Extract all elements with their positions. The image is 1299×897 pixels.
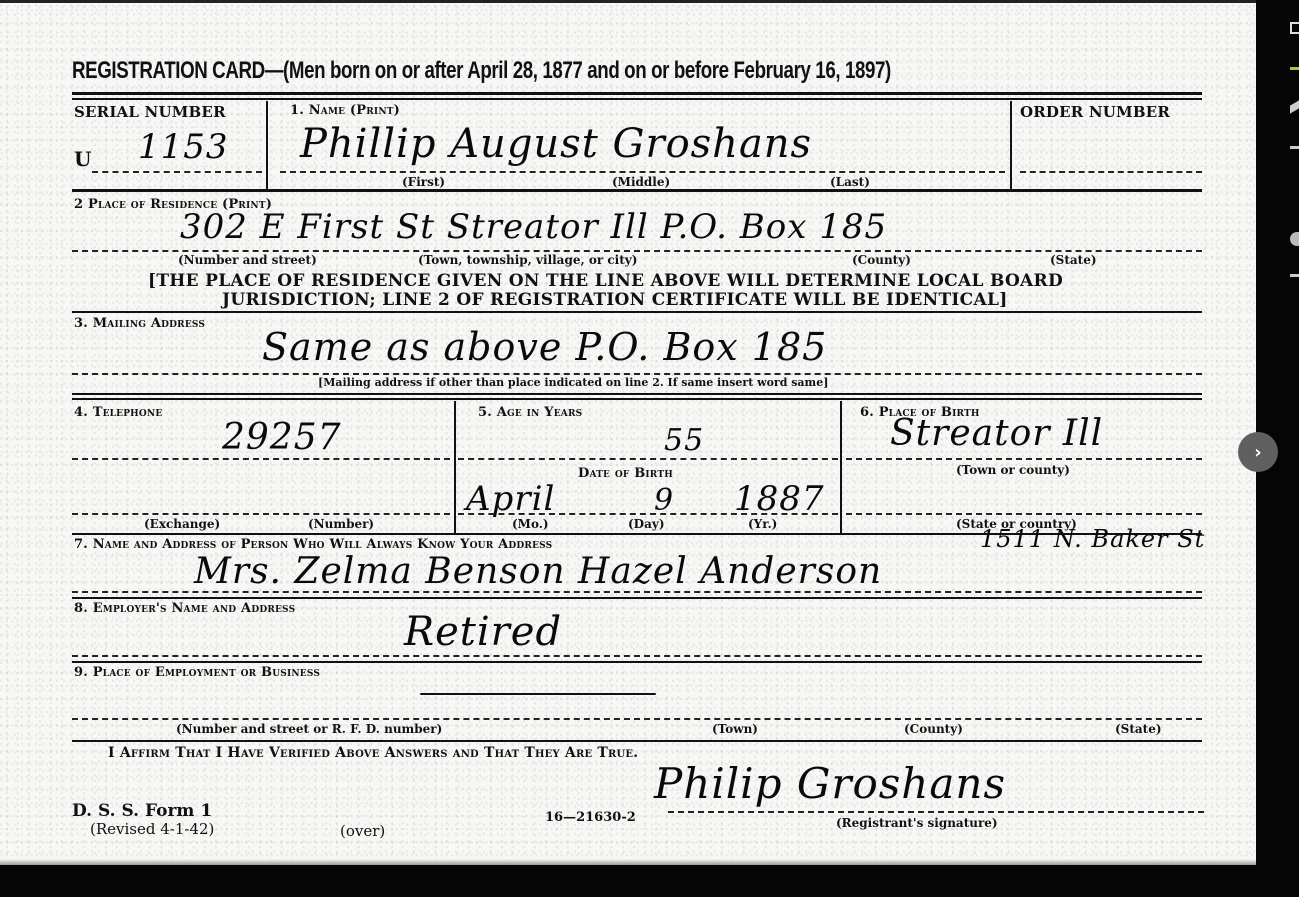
employer-line xyxy=(72,655,1202,657)
employment-sub-state: (State) xyxy=(1115,722,1162,736)
birthplace-town-value: Streator Ill xyxy=(890,413,1103,454)
age-label: 5. Age in Years xyxy=(478,405,582,420)
affirmation-text: I Affirm That I Have Verified Above Answ… xyxy=(108,745,638,761)
form-revised: (Revised 4-1-42) xyxy=(90,820,214,838)
employment-sub-town: (Town) xyxy=(712,722,758,736)
date-of-birth-label: Date of Birth xyxy=(578,466,673,481)
divider xyxy=(72,98,1202,100)
order-number-label: ORDER NUMBER xyxy=(1020,103,1170,121)
employment-place-line xyxy=(72,718,1202,720)
name-sub-middle: (Middle) xyxy=(612,175,670,189)
name-sub-last: (Last) xyxy=(830,175,870,189)
telephone-sub-number: (Number) xyxy=(308,517,374,531)
employer-label: 8. Employer's Name and Address xyxy=(74,601,295,616)
divider xyxy=(1010,101,1012,189)
birthplace-line-2 xyxy=(846,513,1202,515)
document-viewer: REGISTRATION CARD—(Men born on or after … xyxy=(0,0,1299,897)
place-of-employment-label: 9. Place of Employment or Business xyxy=(74,665,320,680)
dob-sub-mo: (Mo.) xyxy=(512,517,549,531)
employment-place-dash-mark xyxy=(420,693,656,695)
serial-number-value: 1153 xyxy=(138,127,229,167)
serial-line xyxy=(92,171,262,173)
dob-sub-day: (Day) xyxy=(628,517,665,531)
age-line xyxy=(458,458,838,460)
mailing-line xyxy=(72,373,1202,375)
divider xyxy=(840,401,842,533)
employer-value: Retired xyxy=(404,609,562,655)
signature-value: Philip Groshans xyxy=(654,759,1006,808)
name-sub-first: (First) xyxy=(402,175,445,189)
dob-line xyxy=(458,513,838,515)
form-number: D. S. S. Form 1 xyxy=(72,801,212,821)
residence-line xyxy=(72,250,1202,252)
telephone-line-2 xyxy=(72,513,450,515)
birthplace-line-1 xyxy=(846,458,1202,460)
divider xyxy=(72,597,1202,599)
order-number-line xyxy=(1020,171,1202,173)
residence-sub-state: (State) xyxy=(1050,253,1097,267)
telephone-value: 29257 xyxy=(222,417,342,458)
residence-sub-county: (County) xyxy=(852,253,911,267)
signature-line xyxy=(668,811,1204,813)
contact-person-value: Mrs. Zelma Benson Hazel Anderson xyxy=(194,551,882,592)
next-page-button[interactable]: › xyxy=(1238,432,1278,472)
serial-prefix: U xyxy=(74,147,91,171)
serial-number-label: SERIAL NUMBER xyxy=(74,103,226,121)
divider xyxy=(72,311,1202,313)
contact-line xyxy=(72,591,1202,593)
residence-sub-street: (Number and street) xyxy=(178,253,317,267)
contact-person-address: 1511 N. Baker St xyxy=(980,525,1205,553)
print-code: 16—21630-2 xyxy=(545,810,636,825)
divider xyxy=(454,401,456,533)
contact-person-label: 7. Name and Address of Person Who Will A… xyxy=(74,537,552,552)
fullscreen-icon[interactable] xyxy=(1290,22,1299,34)
signature-label: (Registrant's signature) xyxy=(836,816,998,830)
divider xyxy=(72,189,1202,192)
residence-sub-town: (Town, township, village, or city) xyxy=(418,253,637,267)
edit-icon[interactable] xyxy=(1290,100,1299,113)
birthplace-sub-town: (Town or county) xyxy=(956,463,1070,477)
employment-sub-county: (County) xyxy=(904,722,963,736)
registration-card-image: REGISTRATION CARD—(Men born on or after … xyxy=(0,0,1256,865)
name-value: Phillip August Groshans xyxy=(300,121,812,167)
residence-value: 302 E First St Streator Ill P.O. Box 185 xyxy=(180,207,887,247)
age-value: 55 xyxy=(664,423,704,458)
mailing-note: [Mailing address if other than place ind… xyxy=(318,376,828,389)
divider xyxy=(266,101,268,189)
residence-notice-line2: JURISDICTION; LINE 2 OF REGISTRATION CER… xyxy=(222,290,1008,310)
zoom-in-icon[interactable] xyxy=(1290,274,1299,277)
zoom-slider-handle-icon[interactable] xyxy=(1290,232,1299,246)
name-line xyxy=(280,171,1005,173)
mailing-address-value: Same as above P.O. Box 185 xyxy=(262,325,827,369)
residence-notice-line1: [THE PLACE OF RESIDENCE GIVEN ON THE LIN… xyxy=(148,271,1063,291)
card-title: REGISTRATION CARD—(Men born on or after … xyxy=(72,57,891,85)
telephone-line-1 xyxy=(72,458,450,460)
divider xyxy=(72,393,1202,395)
marker-icon[interactable] xyxy=(1290,67,1299,70)
employment-sub-street: (Number and street or R. F. D. number) xyxy=(176,722,442,736)
chevron-right-icon: › xyxy=(1254,442,1261,463)
viewer-toolbar xyxy=(1288,18,1299,298)
divider xyxy=(72,92,1202,95)
divider xyxy=(72,398,1202,400)
dob-sub-yr: (Yr.) xyxy=(748,517,777,531)
divider xyxy=(72,661,1202,663)
zoom-out-icon[interactable] xyxy=(1290,146,1299,149)
telephone-sub-exchange: (Exchange) xyxy=(144,517,220,531)
divider xyxy=(72,740,1202,742)
name-label: 1. Name (Print) xyxy=(290,103,400,118)
over-text: (over) xyxy=(340,822,385,840)
telephone-label: 4. Telephone xyxy=(74,405,162,420)
mailing-address-label: 3. Mailing Address xyxy=(74,316,205,331)
